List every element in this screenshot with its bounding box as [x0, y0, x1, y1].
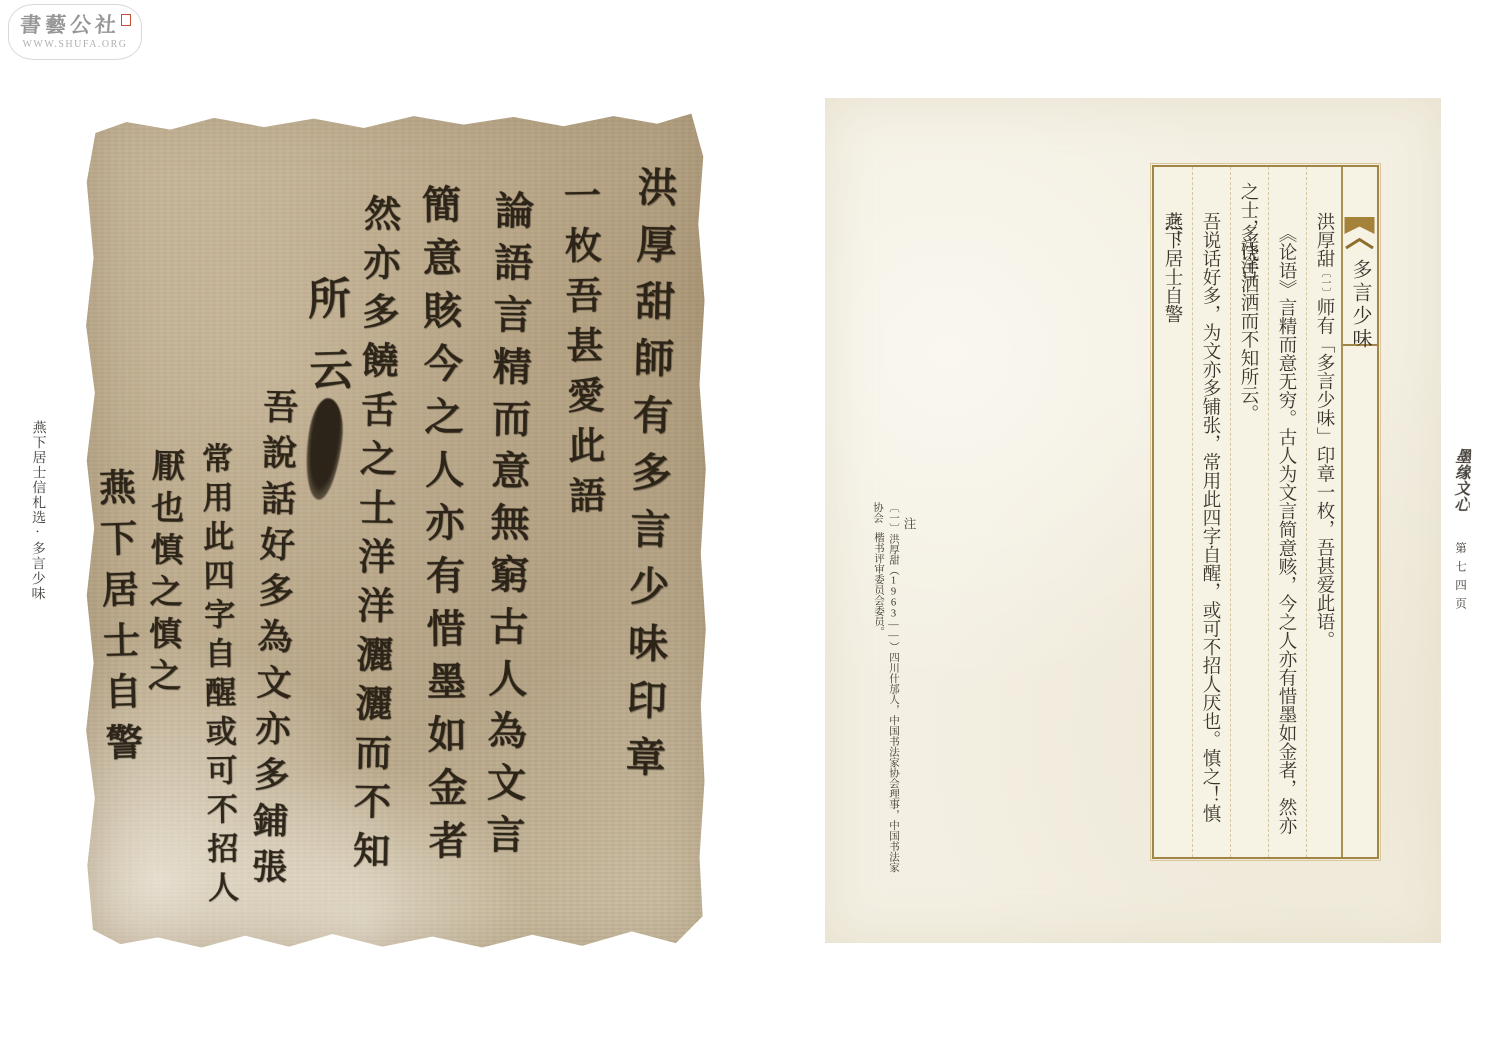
notes-header: 注 — [901, 517, 917, 530]
bookmark-ribbon-icon — [1343, 217, 1376, 257]
body-column-1: 洪厚甜〔一〕师有「多言少味」印章一枚，吾甚爱此语。 — [1305, 212, 1343, 851]
note-line-2: 楷书评审委员会委员。 — [870, 532, 886, 732]
text-block-frame: 多言少味 洪厚甜〔一〕师有「多言少味」印章一枚，吾甚爱此语。 《论语》言精而意无… — [1152, 165, 1379, 859]
spine-caption: 燕下居士信札选·多言少味 — [26, 420, 47, 630]
page-number: 第七四页 — [1452, 542, 1468, 637]
body-column-4: 吾说话好多，为文亦多铺张，常用此四字自醒，或可不招人厌也。慎之！慎之！ — [1191, 212, 1229, 851]
seal-icon — [121, 14, 131, 26]
site-url: WWW.SHUFA.ORG — [9, 39, 141, 50]
calligraphy-column: 簡意賅今之人亦有惜墨如金者 — [410, 184, 473, 874]
note-reference-superscript: 〔一〕 — [1319, 268, 1330, 298]
section-title: 多言少味 — [1343, 259, 1377, 351]
author-name: 洪厚甜 — [1314, 212, 1334, 268]
book-title-calligraphy: 墨缘文心 — [1448, 448, 1473, 544]
calligraphy-column: 燕下居士自警 — [87, 467, 150, 774]
book-spread: 書藝公社 WWW.SHUFA.ORG 燕下居士信札选·多言少味 洪厚甜師有多言少… — [0, 0, 1500, 1059]
body-column-3: 之士，洋洋洒洒而不知所云。 — [1229, 182, 1267, 851]
body-column-2: 《论语》言精而意无穷。古人为文言简意赅，今之人亦有惜墨如金者，然亦多饶舌 — [1267, 224, 1305, 851]
calligraphy-column: 常用此四字自醒或可不招人 — [192, 442, 244, 911]
body-text: 师有「多言少味」印章一枚，吾甚爱此语。 — [1314, 298, 1334, 650]
shufa-watermark: 書藝公社 WWW.SHUFA.ORG — [8, 4, 142, 60]
note-line-1: 〔一〕洪厚甜（1963——）四川什邡人，中国书法家协会理事，中国书法家协会 — [885, 502, 901, 880]
brand-calligraphy: 書藝公社 — [18, 9, 120, 39]
calligraphy-column: 厭也慎之慎之 — [139, 448, 190, 701]
calligraphy-column: 論語言精而意無窮古人為文言 — [474, 190, 539, 867]
body-column-5: 燕下居士自警 — [1153, 212, 1191, 851]
manuscript-photo: 洪厚甜師有多言少味印章 一枚吾甚愛此語 論語言精而意無窮古人為文言 簡意賅今之人… — [83, 106, 707, 950]
printed-page: 多言少味 洪厚甜〔一〕师有「多言少味」印章一枚，吾甚爱此语。 《论语》言精而意无… — [825, 98, 1441, 943]
calligraphy-column: 一枚吾甚愛此語 — [552, 176, 612, 527]
